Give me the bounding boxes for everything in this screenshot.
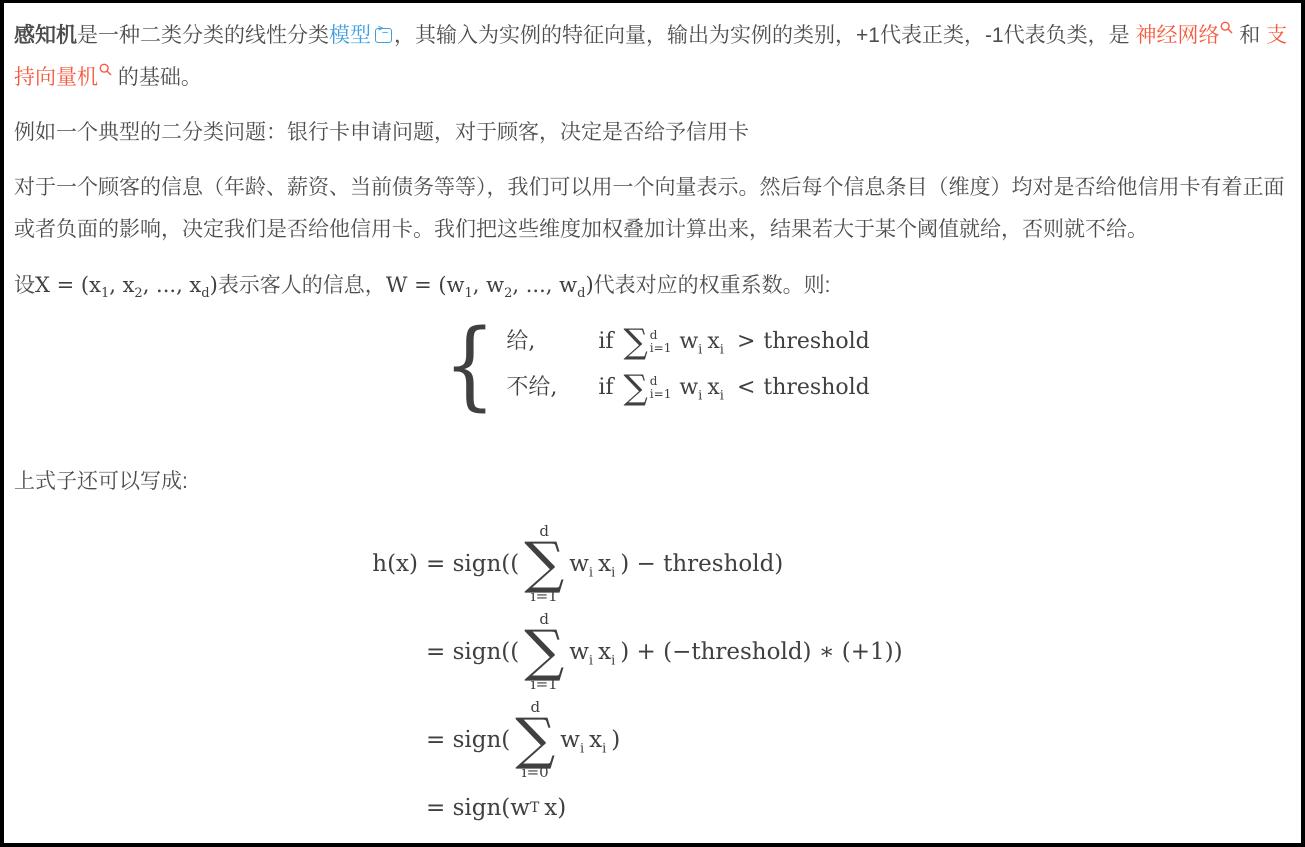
- eq-post: ) + (−threshold) ∗ (+1)): [620, 631, 902, 673]
- intro-text-4: 的基础。: [112, 66, 202, 89]
- definition-text-3: 代表对应的权重系数。则:: [594, 274, 831, 297]
- rewrite-paragraph: 上式子还可以写成:: [14, 461, 1295, 503]
- example-paragraph: 例如一个典型的二分类问题：银行卡申请问题，对于顾客，决定是否给予信用卡: [14, 112, 1295, 154]
- search-icon[interactable]: [1220, 21, 1233, 34]
- term-perceptron: 感知机: [14, 24, 77, 47]
- equation-line-4: = sign(w T x): [352, 787, 1295, 829]
- x-i-term: xi: [589, 719, 606, 761]
- left-brace: {: [444, 321, 496, 409]
- terminal-icon[interactable]: [375, 28, 392, 43]
- if-keyword: if: [598, 367, 613, 409]
- cases-row-not-give: 不给, if ∑ di=1 wi xi < threshold: [506, 367, 869, 409]
- equation-line-3: = sign( d ∑ i=0 wi xi ): [352, 699, 1295, 781]
- vector-x-formula: X = (x1, x2, ..., xd): [35, 273, 218, 297]
- search-icon[interactable]: [99, 63, 112, 76]
- summation-inline: ∑ di=1: [624, 371, 672, 405]
- eq-post: ) − threshold): [620, 543, 783, 585]
- sigma-symbol: ∑: [524, 628, 564, 676]
- w-i-term: wi: [560, 719, 584, 761]
- x-i-term: xi: [707, 367, 724, 409]
- sigma-symbol: ∑: [624, 325, 648, 359]
- summation-inline: ∑ di=1: [624, 325, 672, 359]
- eq-pre: = sign(w: [426, 787, 530, 829]
- equation-block: h(x) = sign(( d ∑ i=1 wi xi ) − threshol…: [352, 523, 1295, 829]
- w-i-term: wi: [679, 367, 702, 409]
- intro-paragraph: 感知机是一种二类分类的线性分类模型，其输入为实例的特征向量，输出为实例的类别，+…: [14, 15, 1295, 99]
- threshold-term: threshold: [763, 367, 869, 409]
- definition-text-2: 表示客人的信息，: [218, 274, 386, 297]
- eq-post: ): [611, 719, 620, 761]
- article-frame: 感知机是一种二类分类的线性分类模型，其输入为实例的特征向量，输出为实例的类别，+…: [0, 0, 1305, 847]
- w-i-term: wi: [569, 543, 593, 585]
- x-i-term: xi: [598, 543, 615, 585]
- intro-text-1: 是一种二类分类的线性分类: [77, 24, 329, 47]
- cases-row-give: 给, if ∑ di=1 wi xi > threshold: [506, 321, 869, 363]
- vector-w-formula: W = (w1, w2, ..., wd): [386, 273, 594, 297]
- intro-text-2: ，其输入为实例的特征向量，输出为实例的类别，+1代表正类，-1代表负类，是: [394, 24, 1135, 47]
- x-i-term: xi: [598, 631, 615, 673]
- summation-display: d ∑ i=1: [524, 611, 564, 693]
- summation-display: d ∑ i=0: [515, 699, 555, 781]
- neural-network-link[interactable]: 神经网络: [1135, 24, 1233, 47]
- equation-line-2: = sign(( d ∑ i=1 wi xi ) + (−threshold) …: [352, 611, 1295, 693]
- relation-sign: >: [737, 321, 755, 363]
- intro-text-3: 和: [1233, 24, 1266, 47]
- eq-pre: = sign((: [426, 543, 519, 585]
- model-link[interactable]: 模型: [329, 24, 394, 47]
- eq-pre: = sign(: [426, 719, 510, 761]
- w-i-term: wi: [569, 631, 593, 673]
- w-i-term: wi: [679, 321, 702, 363]
- x-i-term: xi: [707, 321, 724, 363]
- eq-pre: = sign((: [426, 631, 519, 673]
- relation-sign: <: [737, 367, 755, 409]
- equation-line-1: h(x) = sign(( d ∑ i=1 wi xi ) − threshol…: [352, 523, 1295, 605]
- model-link-label[interactable]: 模型: [329, 24, 371, 47]
- case-result: 给,: [506, 321, 598, 363]
- summation-display: d ∑ i=1: [524, 523, 564, 605]
- sigma-symbol: ∑: [524, 540, 564, 588]
- cases-formula: { 给, if ∑ di=1 wi xi > threshold 不给, if …: [439, 321, 870, 409]
- explanation-paragraph: 对于一个顾客的信息（年龄、薪资、当前债务等等），我们可以用一个向量表示。然后每个…: [14, 167, 1295, 251]
- h-of-x: h(x): [352, 543, 418, 585]
- sigma-symbol: ∑: [624, 371, 648, 405]
- threshold-term: threshold: [763, 321, 869, 363]
- definition-paragraph: 设X = (x1, x2, ..., xd)表示客人的信息，W = (w1, w…: [14, 264, 1295, 307]
- definition-text-1: 设: [14, 274, 35, 297]
- case-result: 不给,: [506, 367, 598, 409]
- if-keyword: if: [598, 321, 613, 363]
- sigma-symbol: ∑: [515, 716, 555, 764]
- neural-network-link-label[interactable]: 神经网络: [1135, 24, 1219, 47]
- cases-rows: 给, if ∑ di=1 wi xi > threshold 不给, if ∑ …: [506, 321, 869, 409]
- eq-post: x): [544, 787, 566, 829]
